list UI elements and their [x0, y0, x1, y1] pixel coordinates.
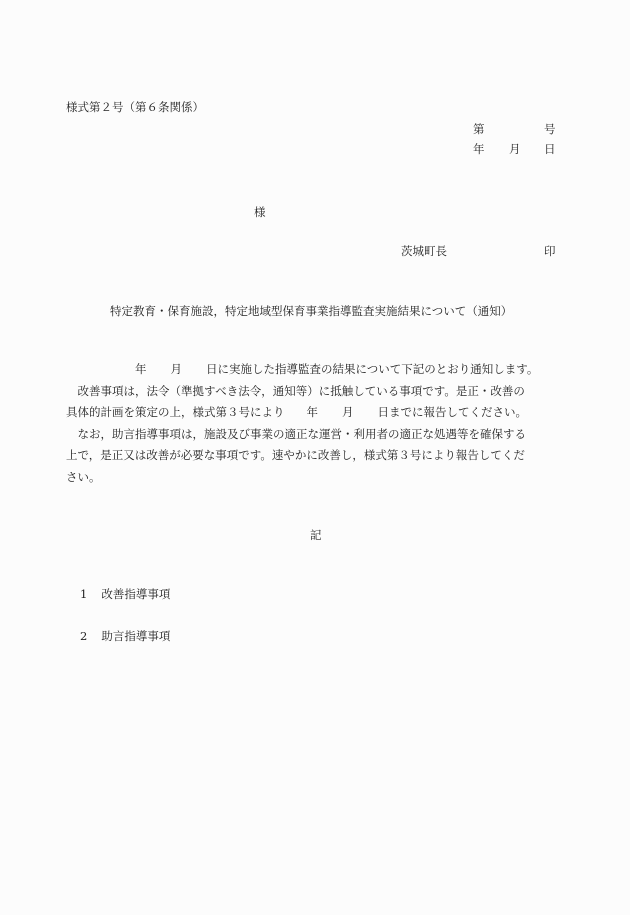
document-number-prefix: 第 — [473, 122, 485, 136]
paragraph-text: 日に実施した指導監査の結果について下記のとおり通知します。 — [206, 362, 538, 376]
form-label: 様式第２号（第６条関係） — [66, 100, 204, 114]
note-heading: 記 — [310, 528, 322, 542]
paragraph-advice-line3: さい。 — [66, 467, 560, 489]
paragraph-text: 具体的計画を策定の上，様式第３号により — [66, 405, 285, 419]
addressee-honorific: 様 — [254, 205, 266, 219]
item-number: 1 — [80, 587, 87, 601]
document-number-suffix: 号 — [544, 122, 556, 136]
seal-mark: 印 — [544, 244, 556, 258]
document-title: 特定教育・保育施設，特定地域型保育事業指導監査実施結果について（通知） — [110, 304, 512, 318]
item-label: 助言指導事項 — [101, 629, 170, 643]
blank-month: 月 — [171, 362, 183, 376]
date-year: 年 — [473, 142, 485, 156]
item-2: 2助言指導事項 — [80, 629, 170, 643]
paragraph-advice-line2: 上で，是正又は改善が必要な事項です。速やかに改善し，様式第３号により報告してくだ — [66, 445, 560, 467]
blank-month: 月 — [342, 405, 354, 419]
item-label: 改善指導事項 — [101, 587, 170, 601]
paragraph-inspection-date: 年月日に実施した指導監査の結果について下記のとおり通知します。 — [66, 359, 560, 381]
paragraph-text: 日までに報告してください。 — [378, 405, 528, 419]
body-text: 年月日に実施した指導監査の結果について下記のとおり通知します。 改善事項は，法令… — [66, 359, 560, 488]
item-number: 2 — [80, 629, 87, 643]
item-1: 1改善指導事項 — [80, 587, 170, 601]
blank-year: 年 — [135, 362, 147, 376]
date-month: 月 — [509, 142, 521, 156]
paragraph-advice-line1: なお，助言指導事項は，施設及び事業の適正な運営・利用者の適正な処遇等を確保する — [66, 424, 560, 446]
blank-year: 年 — [307, 405, 319, 419]
sender-name: 茨城町長 — [401, 244, 447, 258]
date-day: 日 — [544, 142, 556, 156]
paragraph-improvement-line2: 具体的計画を策定の上，様式第３号により年月日までに報告してください。 — [66, 402, 560, 424]
paragraph-improvement-line1: 改善事項は，法令（準拠すべき法令，通知等）に抵触している事項です。是正・改善の — [66, 381, 560, 403]
